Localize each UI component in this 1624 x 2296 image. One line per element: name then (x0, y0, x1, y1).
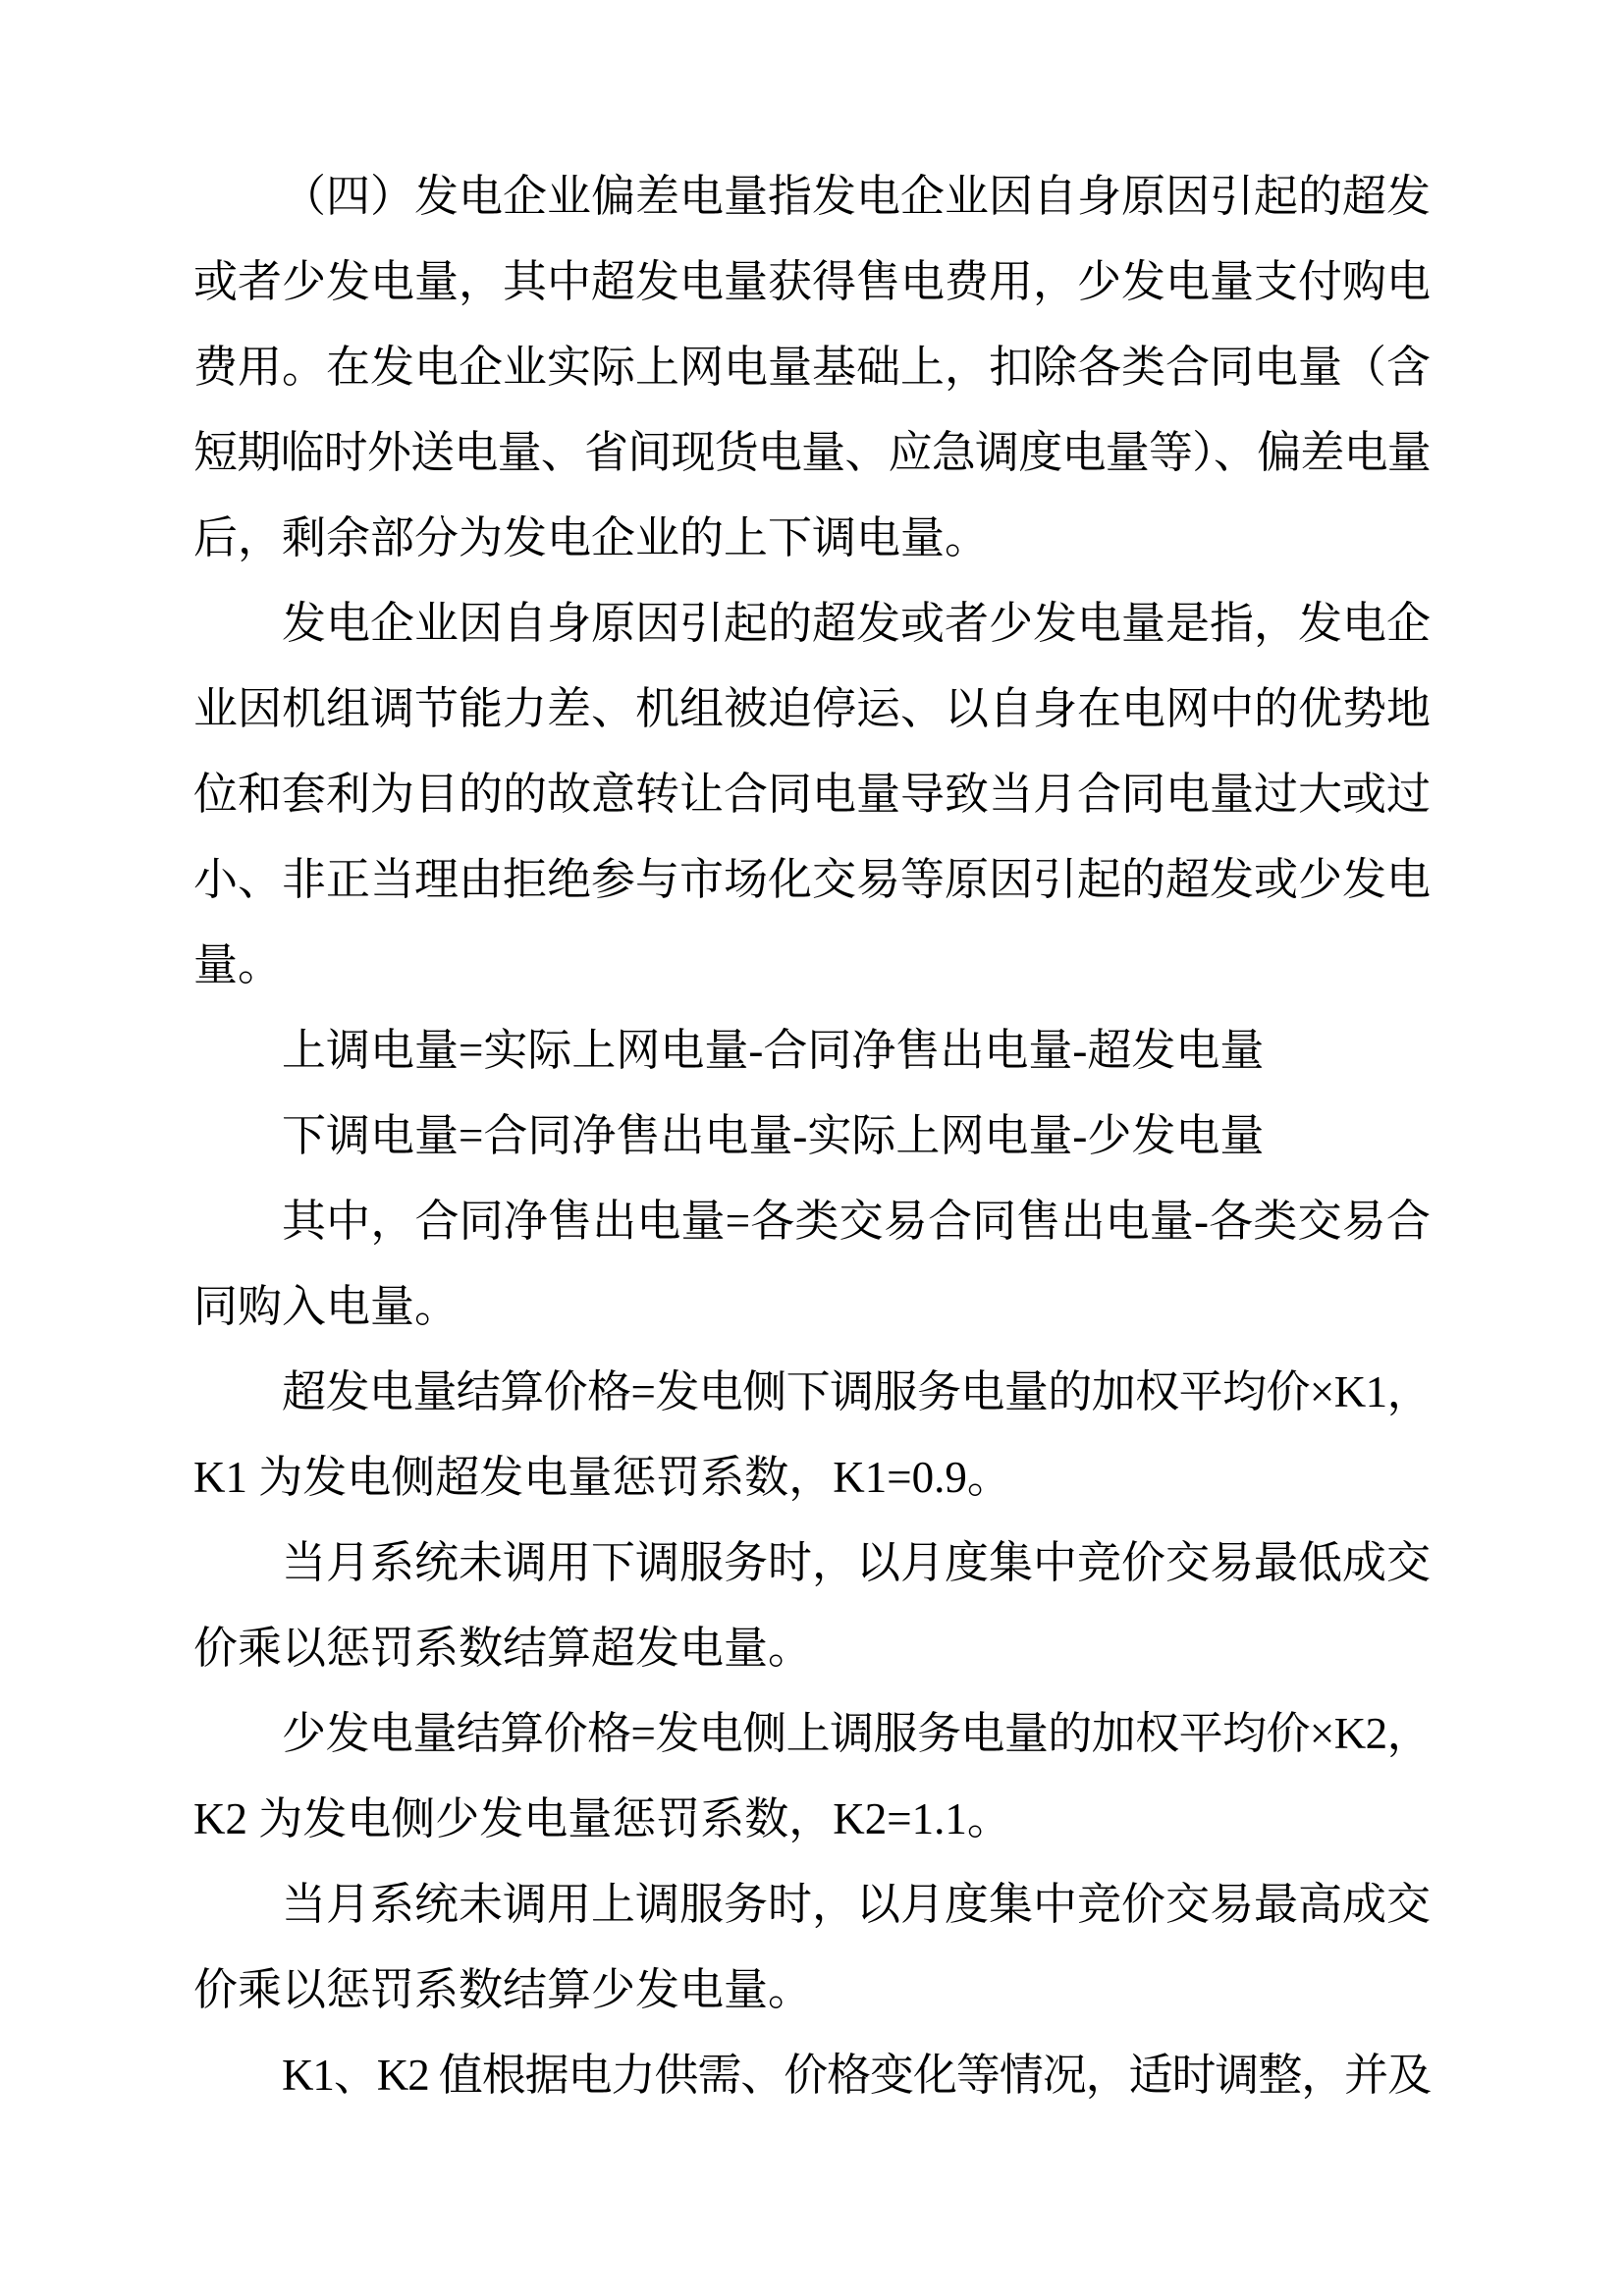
text-line-content: 或者少发电量，其中超发电量获得售电费用，少发电量支付购电 (193, 240, 1431, 325)
text-line-content: 超发电量结算价格=发电侧下调服务电量的加权平均价×K1， (282, 1350, 1431, 1435)
text-line: 上调电量=实际上网电量-合同净售出电量-超发电量 (193, 1008, 1431, 1094)
text-line: 超发电量结算价格=发电侧下调服务电量的加权平均价×K1， (193, 1350, 1431, 1435)
text-line-content: 其中，合同净售出电量=各类交易合同售出电量-各类交易合 (282, 1179, 1431, 1264)
text-block: （四）发电企业偏差电量指发电企业因自身原因引起的超发或者少发电量，其中超发电量获… (193, 154, 1431, 2118)
text-line-content: 量。 (193, 923, 282, 1008)
text-line-content: 后，剩余部分为发电企业的上下调电量。 (193, 496, 989, 581)
text-line: 小、非正当理由拒绝参与市场化交易等原因引起的超发或少发电 (193, 837, 1431, 923)
text-line-content: 当月系统未调用下调服务时，以月度集中竞价交易最低成交 (282, 1521, 1431, 1606)
text-line: （四）发电企业偏差电量指发电企业因自身原因引起的超发 (193, 154, 1431, 240)
text-line-content: 业因机组调节能力差、机组被迫停运、以自身在电网中的优势地 (193, 667, 1431, 752)
text-line: 少发电量结算价格=发电侧上调服务电量的加权平均价×K2， (193, 1691, 1431, 1777)
text-line-content: 价乘以惩罚系数结算超发电量。 (193, 1606, 812, 1691)
text-line: 量。 (193, 923, 1431, 1008)
text-line-content: （四）发电企业偏差电量指发电企业因自身原因引起的超发 (282, 154, 1431, 240)
text-line-content: 位和套利为目的的故意转让合同电量导致当月合同电量过大或过 (193, 752, 1431, 837)
text-line: 发电企业因自身原因引起的超发或者少发电量是指，发电企 (193, 581, 1431, 667)
text-line-content: K1 为发电侧超发电量惩罚系数，K1=0.9。 (193, 1435, 1011, 1521)
text-line: K1 为发电侧超发电量惩罚系数，K1=0.9。 (193, 1435, 1431, 1521)
text-line-content: 小、非正当理由拒绝参与市场化交易等原因引起的超发或少发电 (193, 837, 1431, 923)
text-line: 位和套利为目的的故意转让合同电量导致当月合同电量过大或过 (193, 752, 1431, 837)
text-line: 后，剩余部分为发电企业的上下调电量。 (193, 496, 1431, 581)
text-line-content: K2 为发电侧少发电量惩罚系数，K2=1.1。 (193, 1777, 1011, 1862)
text-line-content: 短期临时外送电量、省间现货电量、应急调度电量等）、偏差电量 (193, 410, 1431, 496)
text-line: K2 为发电侧少发电量惩罚系数，K2=1.1。 (193, 1777, 1431, 1862)
text-line-content: 费用。在发电企业实际上网电量基础上，扣除各类合同电量（含 (193, 325, 1431, 410)
text-line-content: K1、K2 值根据电力供需、价格变化等情况，适时调整，并及 (282, 2033, 1431, 2118)
text-line-content: 少发电量结算价格=发电侧上调服务电量的加权平均价×K2， (282, 1691, 1431, 1777)
text-line-content: 发电企业因自身原因引起的超发或者少发电量是指，发电企 (282, 581, 1431, 667)
text-line-content: 价乘以惩罚系数结算少发电量。 (193, 1948, 812, 2033)
text-line: 同购入电量。 (193, 1264, 1431, 1350)
text-line: 价乘以惩罚系数结算超发电量。 (193, 1606, 1431, 1691)
text-line-content: 上调电量=实际上网电量-合同净售出电量-超发电量 (282, 1008, 1264, 1094)
document-page: （四）发电企业偏差电量指发电企业因自身原因引起的超发或者少发电量，其中超发电量获… (0, 0, 1624, 2296)
text-line: K1、K2 值根据电力供需、价格变化等情况，适时调整，并及 (193, 2033, 1431, 2118)
text-line: 其中，合同净售出电量=各类交易合同售出电量-各类交易合 (193, 1179, 1431, 1264)
text-line: 费用。在发电企业实际上网电量基础上，扣除各类合同电量（含 (193, 325, 1431, 410)
text-line-content: 下调电量=合同净售出电量-实际上网电量-少发电量 (282, 1094, 1264, 1179)
text-line-content: 同购入电量。 (193, 1264, 459, 1350)
text-line: 当月系统未调用下调服务时，以月度集中竞价交易最低成交 (193, 1521, 1431, 1606)
text-line: 下调电量=合同净售出电量-实际上网电量-少发电量 (193, 1094, 1431, 1179)
text-line: 短期临时外送电量、省间现货电量、应急调度电量等）、偏差电量 (193, 410, 1431, 496)
text-line: 或者少发电量，其中超发电量获得售电费用，少发电量支付购电 (193, 240, 1431, 325)
text-line: 业因机组调节能力差、机组被迫停运、以自身在电网中的优势地 (193, 667, 1431, 752)
text-line: 价乘以惩罚系数结算少发电量。 (193, 1948, 1431, 2033)
text-line-content: 当月系统未调用上调服务时，以月度集中竞价交易最高成交 (282, 1862, 1431, 1948)
text-line: 当月系统未调用上调服务时，以月度集中竞价交易最高成交 (193, 1862, 1431, 1948)
